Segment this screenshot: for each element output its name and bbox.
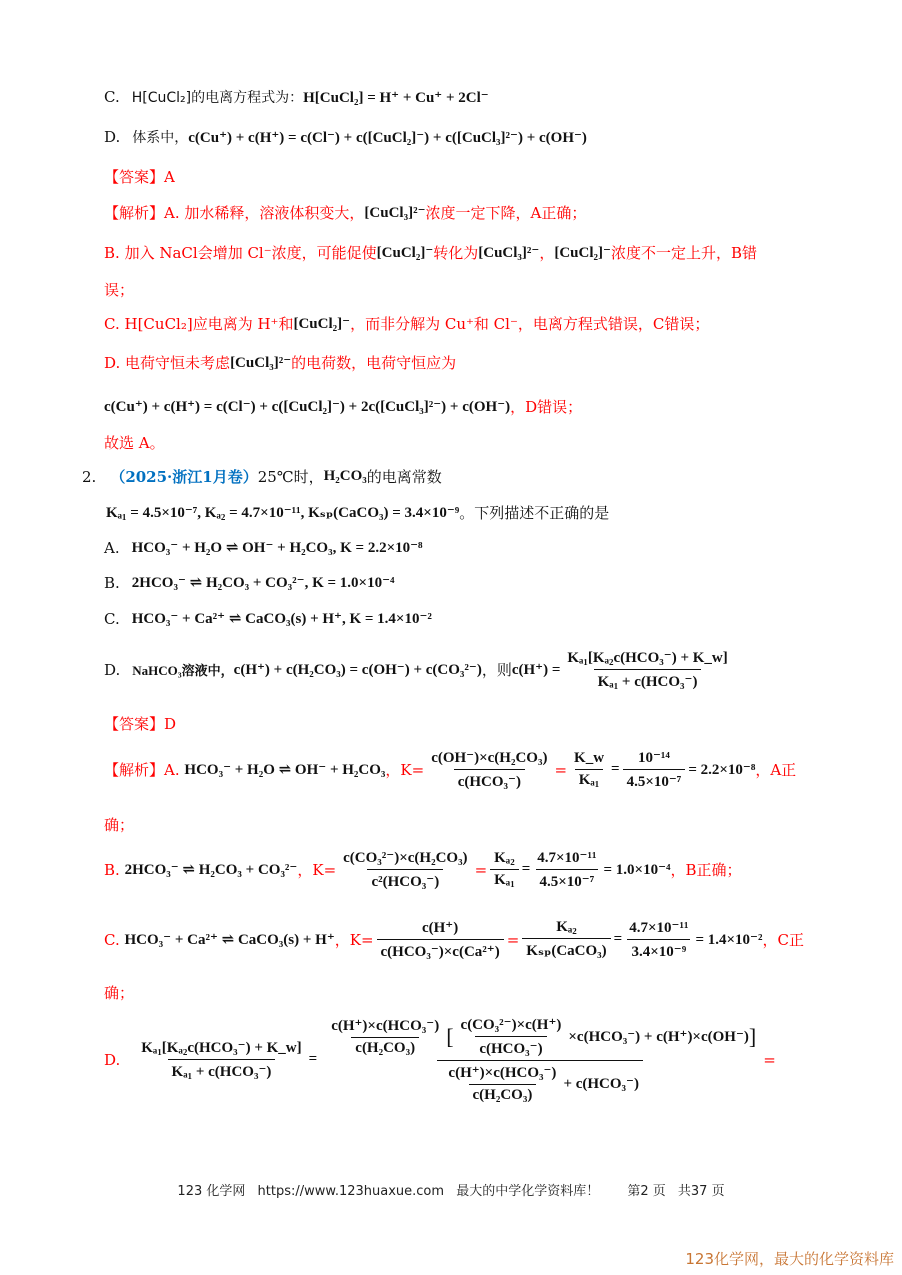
q1-answer: 【答案】 A [104,166,175,187]
k-label: ，K= [297,859,336,880]
ionization-equation: H[CuCl₂] = H⁺ + Cu⁺ + 2Cl⁻ [303,88,489,107]
fraction-numerator: Kₐ₂ [490,850,519,869]
fraction-denominator: c(HCO₃⁻) [454,769,525,791]
analysis-label: D. [104,354,120,372]
species: [CuCl₃]²⁻ [230,353,291,372]
result-value: = 1.4×10⁻² [695,930,762,949]
fraction: Kₐ₁[Kₐ₂c(HCO₃⁻) + K_w] Kₐ₁ + c(HCO₃⁻) [563,648,731,691]
fraction-numerator: Kₐ₁[Kₐ₂c(HCO₃⁻) + K_w] [137,1038,305,1059]
result-value: = 2.2×10⁻⁸ [688,760,755,779]
fraction: c(CO₃²⁻)×c(H⁺) c(HCO₃⁻) [457,1015,566,1058]
stem-text: 25℃时， [258,466,324,487]
fraction-numerator: c(H⁺)×c(HCO₃⁻) [327,1016,443,1037]
fraction: c(OH⁻)×c(H₂CO₃) c(HCO₃⁻) [427,748,551,791]
charge-balance-equation: c(Cu⁺) + c(H⁺) = c(Cl⁻) + c([CuCl₂]⁻) + … [188,128,587,147]
option-text: NaHCO₃溶液中， [132,660,233,679]
footer-slogan: 最大的中学化学资料库！ [456,1184,599,1199]
option-equation: HCO₃⁻ + H₂O ⇌ OH⁻ + H₂CO₃, K = 2.2×10⁻⁸ [132,538,423,557]
q1-analysis-c: C. H[CuCl₂]应电离为 H⁺和 [CuCl₂]⁻ ，而非分解为 Cu⁺和… [104,313,709,334]
answer-value: A [164,168,175,186]
species: [CuCl₃]²⁻ [364,203,425,222]
analysis-text: ，A正 [755,759,796,780]
q2-analysis-c: C. HCO₃⁻ + Ca²⁺ ⇌ CaCO₃(s) + H⁺ ，K= c(H⁺… [104,918,804,961]
species: [CuCl₂]⁻ [377,243,434,262]
analysis-text: 浓度一定下降，A正确； [426,202,587,223]
option-label: D. [104,128,120,146]
analysis-tag: 【解析】 [104,759,164,780]
option-label: C. [104,88,120,106]
fraction-numerator: c(CO₃²⁻)×c(H₂CO₃) [339,848,471,869]
species: [CuCl₂]⁻ [554,243,611,262]
analysis-label: B. [104,244,120,262]
reaction-equation: 2HCO₃⁻ ⇌ H₂CO₃ + CO₃²⁻ [125,860,298,879]
fraction: 4.7×10⁻¹¹ 3.4×10⁻⁹ [625,918,692,961]
option-label: A. [104,539,120,557]
q2-option-d: D. NaHCO₃溶液中， c(H⁺) + c(H₂CO₃) = c(OH⁻) … [104,648,735,691]
compound-fraction: c(H⁺)×c(HCO₃⁻) c(H₂CO₃) [ c(CO₃²⁻)×c(H⁺)… [320,1015,760,1104]
analysis-text: 确； [104,982,134,1003]
fraction-denominator: c(H₂CO₃) [469,1084,537,1104]
analysis-label: C. [104,315,120,333]
analysis-text: 加入 NaCl会增加 Cl⁻浓度，可能促使 [125,242,377,263]
fraction-denominator: Kₐ₁ + c(HCO₃⁻) [168,1059,276,1081]
q1-analysis-a: 【解析】 A. 加水稀释，溶液体积变大， [CuCl₃]²⁻ 浓度一定下降，A正… [104,202,586,223]
species: [CuCl₃]²⁻ [478,243,539,262]
stem-text: 的电离常数 [367,466,442,487]
answer-tag: 【答案】 [104,713,164,734]
fraction-denominator: c(HCO₃⁻)×c(Ca²⁺) [377,939,504,961]
q2-option-b: B. 2HCO₃⁻ ⇌ H₂CO₃ + CO₃²⁻, K = 1.0×10⁻⁴ [104,573,395,592]
analysis-label: A. [164,761,180,779]
analysis-text: ，C正 [762,929,803,950]
k-label: ，K= [385,759,424,780]
analysis-text: 转化为 [433,242,478,263]
analysis-text: 的电荷数，电荷守恒应为 [291,352,456,373]
fraction-numerator: 10⁻¹⁴ [634,748,674,769]
equals-sign: = [763,1051,776,1069]
q2-stem: 2. （2025·浙江1月卷） 25℃时， H₂CO₃ 的电离常数 [82,466,442,487]
fraction-denominator: c(HCO₃⁻) [475,1036,546,1058]
option-text: 体系中， [132,127,188,147]
q1-analysis-b: B. 加入 NaCl会增加 Cl⁻浓度，可能促使 [CuCl₂]⁻ 转化为 [C… [104,242,757,263]
q1-analysis-d-equation: c(Cu⁺) + c(H⁺) = c(Cl⁻) + c([CuCl₂]⁻) + … [104,396,582,417]
q2-answer: 【答案】 D [104,713,176,734]
page-footer: 123 化学网 https://www.123huaxue.com 最大的中学化… [0,1180,902,1199]
fraction-denominator: Kₐ₁ + c(HCO₃⁻) [594,669,702,691]
reaction-equation: HCO₃⁻ + Ca²⁺ ⇌ CaCO₃(s) + H⁺ [125,930,335,949]
footer-site: 123 化学网 [177,1184,245,1199]
option-equation: 2HCO₃⁻ ⇌ H₂CO₃ + CO₃²⁻, K = 1.0×10⁻⁴ [132,573,395,592]
analysis-text: 电荷守恒未考虑 [125,352,230,373]
fraction-numerator: 4.7×10⁻¹¹ [533,848,600,869]
fraction-denominator: 4.5×10⁻⁷ [623,769,686,791]
q1-option-c: C. H[CuCl₂]的电离方程式为： H[CuCl₂] = H⁺ + Cu⁺ … [104,87,489,107]
fraction: c(H⁺)×c(HCO₃⁻) c(H₂CO₃) [327,1016,443,1057]
fraction-denominator: 4.5×10⁻⁷ [536,869,599,891]
option-equation: HCO₃⁻ + Ca²⁺ ⇌ CaCO₃(s) + H⁺, K = 1.4×10… [132,609,432,628]
stem-text: 。下列描述不正确的是 [459,502,609,523]
fraction: Kₐ₂ Kₐ₁ [490,850,519,889]
option-text: ，则 [482,659,512,680]
option-label: B. [104,574,120,592]
page-total: 共37 页 [678,1184,725,1199]
expression-text: + c(HCO₃⁻) [563,1074,639,1093]
fraction: Kₐ₂ Kₛₚ(CaCO₃) [522,919,610,960]
result-value: = 1.0×10⁻⁴ [603,860,670,879]
analysis-text: ，而非分解为 Cu⁺和 Cl⁻，电离方程式错误，C错误； [350,313,709,334]
q2-analysis-c-wrap: 确； [104,982,134,1003]
analysis-label: D. [104,1051,120,1069]
q1-conclusion: 故选 A。 [104,432,165,453]
fraction-numerator: c(H⁺)×c(HCO₃⁻) [444,1063,560,1084]
analysis-text: 加水稀释，溶液体积变大， [184,202,364,223]
fraction-numerator: K_w [570,750,608,769]
q2-analysis-a-wrap: 确； [104,814,134,835]
q2-option-a: A. HCO₃⁻ + H₂O ⇌ OH⁻ + H₂CO₃, K = 2.2×10… [104,538,423,557]
q2-option-c: C. HCO₃⁻ + Ca²⁺ ⇌ CaCO₃(s) + H⁺, K = 1.4… [104,609,432,628]
option-equation: c(H⁺) = [512,660,561,679]
species: [CuCl₂]⁻ [293,314,350,333]
analysis-text: ，D错误； [510,396,582,417]
analysis-label: B. [104,861,120,879]
watermark: 123化学网，最大的化学资料库 [685,1248,894,1269]
analysis-text: 确； [104,814,134,835]
species: H₂CO₃ [324,468,367,485]
constants-equation: Kₐ₁ = 4.5×10⁻⁷, Kₐ₂ = 4.7×10⁻¹¹, Kₛₚ(CaC… [106,503,459,522]
compound-denominator: c(H⁺)×c(HCO₃⁻) c(H₂CO₃) + c(HCO₃⁻) [437,1060,643,1104]
fraction-numerator: 4.7×10⁻¹¹ [625,918,692,939]
fraction: 10⁻¹⁴ 4.5×10⁻⁷ [623,748,686,791]
fraction-numerator: Kₐ₁[Kₐ₂c(HCO₃⁻) + K_w] [563,648,731,669]
fraction-denominator: Kₐ₁ [490,869,519,889]
charge-balance-equation: c(Cu⁺) + c(H⁺) = c(Cl⁻) + c([CuCl₂]⁻) + … [104,397,510,416]
fraction: Kₐ₁[Kₐ₂c(HCO₃⁻) + K_w] Kₐ₁ + c(HCO₃⁻) [137,1038,305,1081]
fraction-denominator: Kₛₚ(CaCO₃) [522,938,610,960]
fraction-numerator: c(CO₃²⁻)×c(H⁺) [457,1015,566,1036]
q1-analysis-b-wrap: 误； [104,279,134,300]
option-label: C. [104,610,120,628]
q2-analysis-b: B. 2HCO₃⁻ ⇌ H₂CO₃ + CO₃²⁻ ，K= c(CO₃²⁻)×c… [104,848,742,891]
fraction-denominator: Kₐ₁ [575,769,604,789]
fraction: c(H⁺)×c(HCO₃⁻) c(H₂CO₃) [444,1063,560,1104]
fraction: 4.7×10⁻¹¹ 4.5×10⁻⁷ [533,848,600,891]
q2-constants: Kₐ₁ = 4.5×10⁻⁷, Kₐ₂ = 4.7×10⁻¹¹, Kₛₚ(CaC… [106,502,609,523]
fraction-numerator: c(H⁺) [418,918,462,939]
fraction-numerator: c(OH⁻)×c(H₂CO₃) [427,748,551,769]
footer-url[interactable]: https://www.123huaxue.com [258,1184,445,1199]
option-text: H[CuCl₂]的电离方程式为： [132,87,303,107]
analysis-text: H[CuCl₂]应电离为 H⁺和 [125,313,294,334]
option-equation: c(H⁺) + c(H₂CO₃) = c(OH⁻) + c(CO₃²⁻) [234,660,482,679]
k-label: ，K= [335,929,374,950]
fraction-numerator: Kₐ₂ [552,919,581,938]
analysis-text: 浓度不一定上升，B错 [611,242,757,263]
question-source: （2025·浙江1月卷） [110,466,257,487]
compound-numerator: c(H⁺)×c(HCO₃⁻) c(H₂CO₃) [ c(CO₃²⁻)×c(H⁺)… [320,1015,760,1060]
fraction-denominator: 3.4×10⁻⁹ [627,939,690,961]
option-label: D. [104,661,120,679]
analysis-text: ，B正确； [670,859,741,880]
fraction: K_w Kₐ₁ [570,750,608,789]
analysis-label: C. [104,931,120,949]
fraction: c(H⁺) c(HCO₃⁻)×c(Ca²⁺) [377,918,504,961]
fraction-denominator: c(H₂CO₃) [351,1037,419,1057]
reaction-equation: HCO₃⁻ + H₂O ⇌ OH⁻ + H₂CO₃ [184,760,385,779]
page-number: 第2 页 [627,1184,665,1199]
q1-option-d: D. 体系中， c(Cu⁺) + c(H⁺) = c(Cl⁻) + c([CuC… [104,127,587,147]
conclusion-text: 故选 A。 [104,432,165,453]
answer-value: D [164,715,176,733]
fraction-denominator: c²(HCO₃⁻) [367,869,443,891]
question-number: 2. [82,468,96,486]
expression-text: ×c(HCO₃⁻) + c(H⁺)×c(OH⁻) [568,1027,749,1046]
analysis-label: A. [164,204,180,222]
fraction: c(CO₃²⁻)×c(H₂CO₃) c²(HCO₃⁻) [339,848,471,891]
q2-analysis-a: 【解析】 A. HCO₃⁻ + H₂O ⇌ OH⁻ + H₂CO₃ ，K= c(… [104,748,796,791]
analysis-tag: 【解析】 [104,202,164,223]
q2-analysis-d: D. Kₐ₁[Kₐ₂c(HCO₃⁻) + K_w] Kₐ₁ + c(HCO₃⁻)… [104,1015,776,1104]
answer-tag: 【答案】 [104,166,164,187]
analysis-text: 误； [104,279,134,300]
q1-analysis-d: D. 电荷守恒未考虑 [CuCl₃]²⁻ 的电荷数，电荷守恒应为 [104,352,456,373]
analysis-text: ， [539,242,554,263]
